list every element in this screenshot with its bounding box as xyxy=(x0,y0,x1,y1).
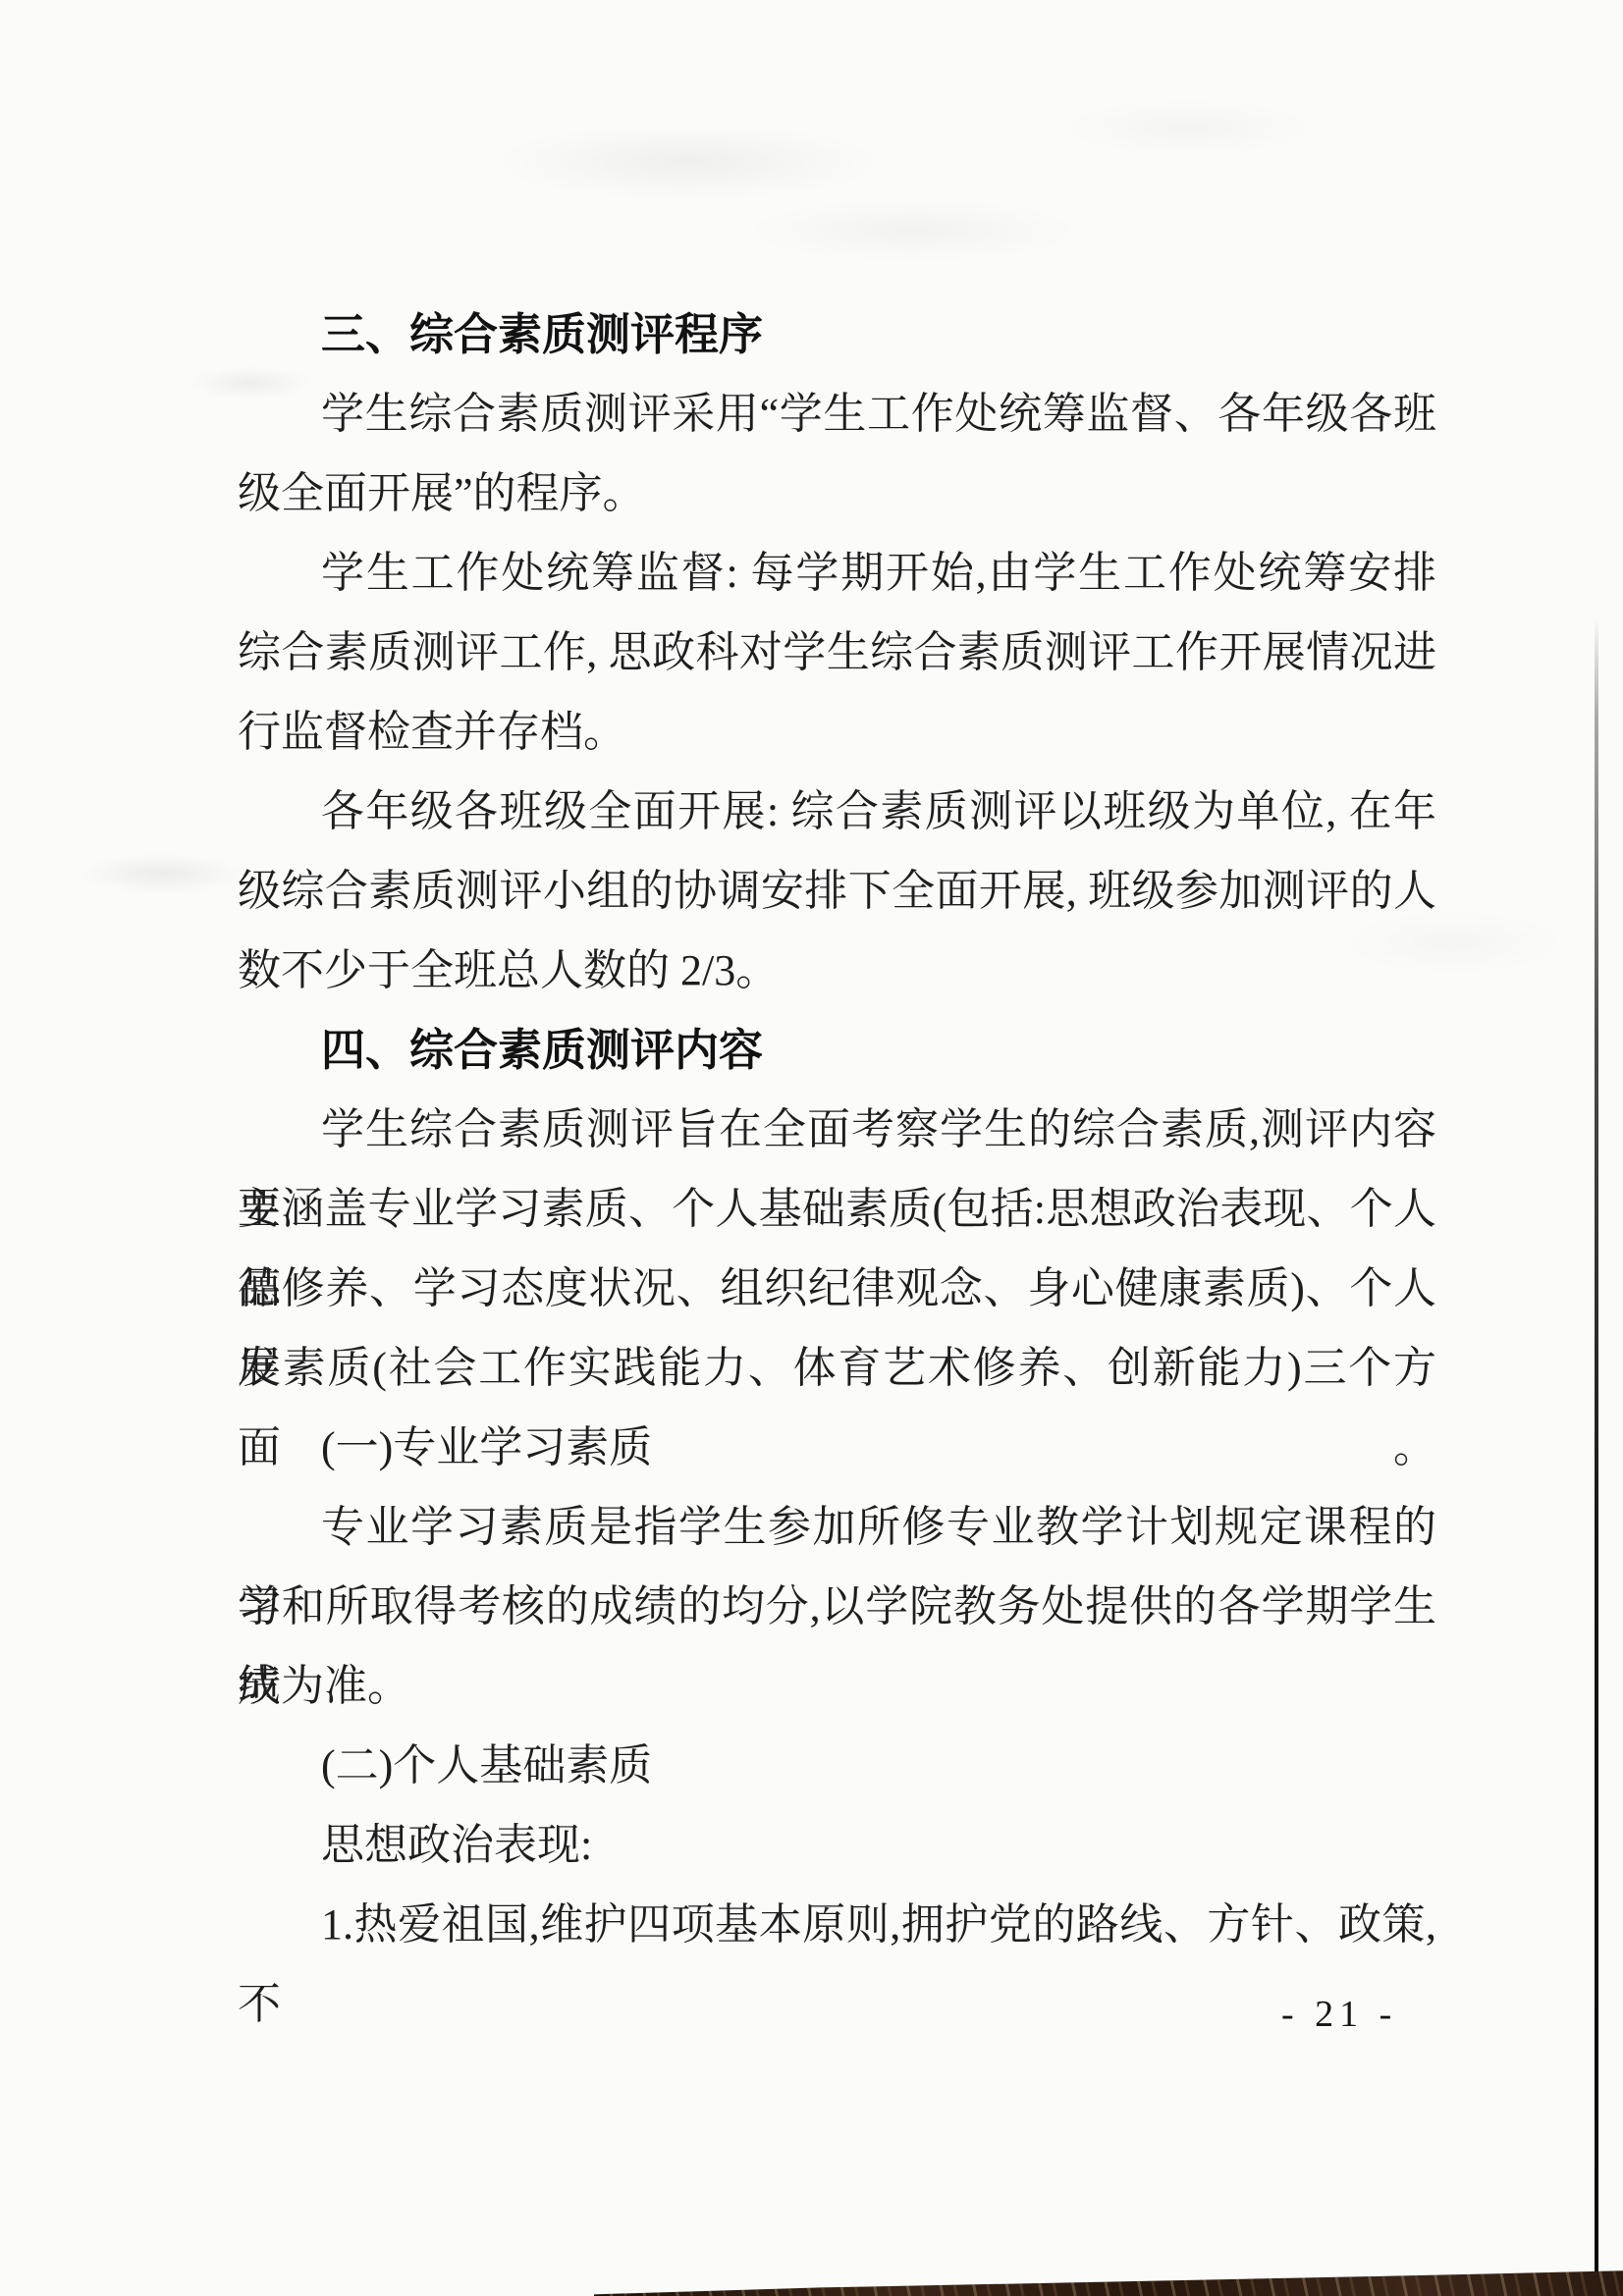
subsection-heading-2: (二)个人基础素质 xyxy=(238,1726,1436,1805)
paragraph-line: 思想政治表现: xyxy=(238,1805,1436,1885)
paragraph-line: 展素质(社会工作实践能力、体育艺术修养、创新能力)三个方面。 xyxy=(238,1328,1436,1408)
paragraph-line: 各年级各班级全面开展: 综合素质测评以班级为单位, 在年 xyxy=(238,772,1436,851)
paragraph-line: 学生综合素质测评采用“学生工作处统筹监督、各年级各班 xyxy=(238,374,1436,454)
paragraph-line: 级综合素质测评小组的协调安排下全面开展, 班级参加测评的人 xyxy=(238,851,1436,931)
paragraph-line: 学生综合素质测评旨在全面考察学生的综合素质,测评内容主 xyxy=(238,1090,1436,1169)
paragraph-line: 级全面开展”的程序。 xyxy=(238,454,1436,533)
paragraph-line: 1.热爱祖国,维护四项基本原则,拥护党的路线、方针、政策, 不 xyxy=(238,1885,1436,1964)
paragraph-line: 习和所取得考核的成绩的均分,以学院教务处提供的各学期学生成 xyxy=(238,1567,1436,1646)
paragraph-line: 数不少于全班总人数的 2/3。 xyxy=(238,931,1436,1010)
scan-line-artifact xyxy=(1595,618,1598,2296)
scanned-document-page: 三、综合素质测评程序 学生综合素质测评采用“学生工作处统筹监督、各年级各班 级全… xyxy=(0,0,1623,2296)
section-heading-3: 三、综合素质测评程序 xyxy=(238,294,1436,374)
paragraph-line: 行监督检查并存档。 xyxy=(238,692,1436,772)
page-number: - 21 - xyxy=(1281,1993,1397,2036)
section-heading-4: 四、综合素质测评内容 xyxy=(238,1010,1436,1090)
paragraph-line: 绩为准。 xyxy=(238,1646,1436,1726)
paragraph-line: 专业学习素质是指学生参加所修专业教学计划规定课程的学 xyxy=(238,1487,1436,1567)
paragraph-line: 学生工作处统筹监督: 每学期开始,由学生工作处统筹安排 xyxy=(238,533,1436,613)
paragraph-line: 要涵盖专业学习素质、个人基础素质(包括:思想政治表现、个人品 xyxy=(238,1169,1436,1249)
scan-edge-shadow xyxy=(594,2264,1623,2296)
document-body: 三、综合素质测评程序 学生综合素质测评采用“学生工作处统筹监督、各年级各班 级全… xyxy=(238,294,1436,1964)
paragraph-line: 综合素质测评工作, 思政科对学生综合素质测评工作开展情况进 xyxy=(238,613,1436,692)
paragraph-line: 德修养、学习态度状况、组织纪律观念、身心健康素质)、个人发 xyxy=(238,1249,1436,1328)
